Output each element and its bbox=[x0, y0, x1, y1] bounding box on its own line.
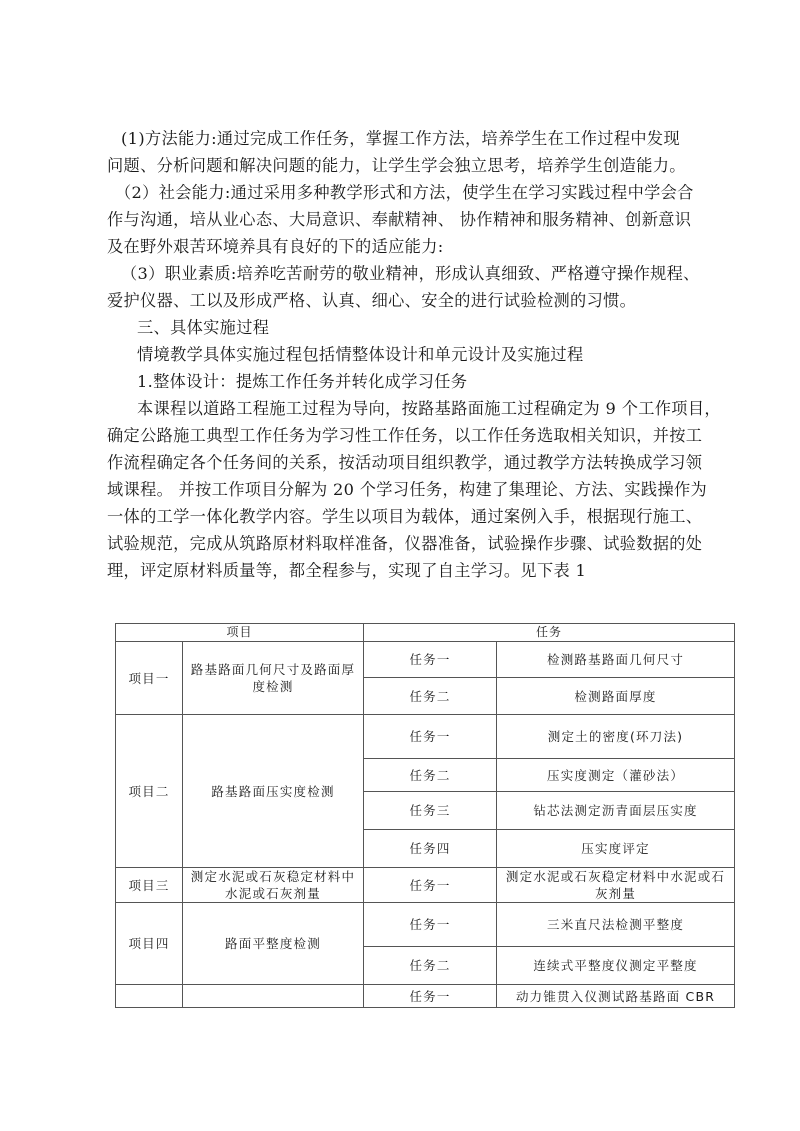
body-text: (1)方法能力:通过完成工作任务，掌握工作方法，培养学生在工作过程中发现 问题、… bbox=[107, 125, 697, 584]
table-row: 项目二 路基路面压实度检测 任务一 测定土的密度(环刀法) bbox=[116, 715, 735, 759]
paragraph-line: 理，评定原材料质量等，都全程参与，实现了自主学习。见下表 1 bbox=[107, 557, 697, 584]
task-no: 任务三 bbox=[364, 792, 497, 830]
paragraph-line: 作流程确定各个任务间的关系，按活动项目组织教学，通过教学方法转换成学习领 bbox=[107, 449, 697, 476]
section-heading: 三、具体实施过程 bbox=[107, 314, 697, 341]
task-no: 任务一 bbox=[364, 985, 497, 1008]
paragraph-course-design: 本课程以道路工程施工过程为导向，按路基路面施工过程确定为 9 个工作项目， bbox=[107, 395, 697, 422]
project-name: 路面平整度检测 bbox=[183, 903, 364, 985]
task-name: 钻芯法测定沥青面层压实度 bbox=[497, 792, 735, 830]
paragraph-line: 试验规范，完成从筑路原材料取样准备，仪器准备，试验操作步骤、试验数据的处 bbox=[107, 530, 697, 557]
paragraph-line: 及在野外艰苦环境养具有良好的下的适应能力: bbox=[107, 233, 697, 260]
project-name: 测定水泥或石灰稳定材料中水泥或石灰剂量 bbox=[183, 868, 364, 903]
task-no: 任务二 bbox=[364, 678, 497, 715]
paragraph-line: 一体的工学一体化教学内容。学生以项目为载体，通过案例入手，根据现行施工、 bbox=[107, 503, 697, 530]
table-row: 项目四 路面平整度检测 任务一 三米直尺法检测平整度 bbox=[116, 903, 735, 947]
paragraph-line: 作与沟通，培从业心态、大局意识、奉献精神、 协作精神和服务精神、创新意识 bbox=[107, 206, 697, 233]
paragraph-social-ability: （2）社会能力:通过采用多种教学形式和方法，使学生在学习实践过程中学会合 bbox=[107, 179, 697, 206]
paragraph-professional-quality: （3）职业素质:培养吃苦耐劳的敬业精神，形成认真细致、严格遵守操作规程、 bbox=[107, 260, 697, 287]
project-name bbox=[183, 985, 364, 1008]
task-name: 检测路面厚度 bbox=[497, 678, 735, 715]
task-no: 任务二 bbox=[364, 947, 497, 985]
task-name: 连续式平整度仪测定平整度 bbox=[497, 947, 735, 985]
project-id bbox=[116, 985, 183, 1008]
header-task: 任务 bbox=[364, 624, 735, 642]
paragraph-line: 问题、分析问题和解决问题的能力，让学生学会独立思考，培养学生创造能力。 bbox=[107, 152, 697, 179]
task-name: 测定土的密度(环刀法) bbox=[497, 715, 735, 759]
project-task-table: 项目 任务 项目一 路基路面几何尺寸及路面厚度检测 任务一 检测路基路面几何尺寸… bbox=[115, 623, 735, 1008]
header-project: 项目 bbox=[116, 624, 364, 642]
paragraph-line: 爱护仪器、工以及形成严格、认真、细心、安全的进行试验检测的习惯。 bbox=[107, 287, 697, 314]
project-id: 项目三 bbox=[116, 868, 183, 903]
task-name: 三米直尺法检测平整度 bbox=[497, 903, 735, 947]
paragraph-method-ability: (1)方法能力:通过完成工作任务，掌握工作方法，培养学生在工作过程中发现 bbox=[107, 125, 697, 152]
project-id: 项目一 bbox=[116, 642, 183, 715]
task-name: 压实度评定 bbox=[497, 830, 735, 868]
subsection-heading: 1.整体设计：提炼工作任务并转化成学习任务 bbox=[107, 368, 697, 395]
task-no: 任务四 bbox=[364, 830, 497, 868]
paragraph-intro: 情境教学具体实施过程包括情整体设计和单元设计及实施过程 bbox=[107, 341, 697, 368]
task-no: 任务一 bbox=[364, 715, 497, 759]
task-no: 任务一 bbox=[364, 642, 497, 678]
table-row: 任务一 动力锥贯入仪测试路基路面 CBR bbox=[116, 985, 735, 1008]
task-no: 任务一 bbox=[364, 868, 497, 903]
project-name: 路基路面压实度检测 bbox=[183, 715, 364, 868]
project-id: 项目四 bbox=[116, 903, 183, 985]
table-row: 项目三 测定水泥或石灰稳定材料中水泥或石灰剂量 任务一 测定水泥或石灰稳定材料中… bbox=[116, 868, 735, 903]
project-name: 路基路面几何尺寸及路面厚度检测 bbox=[183, 642, 364, 715]
document-page: (1)方法能力:通过完成工作任务，掌握工作方法，培养学生在工作过程中发现 问题、… bbox=[0, 0, 800, 1131]
task-name: 检测路基路面几何尺寸 bbox=[497, 642, 735, 678]
task-no: 任务二 bbox=[364, 759, 497, 792]
paragraph-line: 确定公路施工典型工作任务为学习性工作任务，以工作任务选取相关知识，并按工 bbox=[107, 422, 697, 449]
table-row: 项目一 路基路面几何尺寸及路面厚度检测 任务一 检测路基路面几何尺寸 bbox=[116, 642, 735, 678]
task-name: 压实度测定（灌砂法） bbox=[497, 759, 735, 792]
task-no: 任务一 bbox=[364, 903, 497, 947]
paragraph-line: 域课程。 并按工作项目分解为 20 个学习任务，构建了集理论、方法、实践操作为 bbox=[107, 476, 697, 503]
project-id: 项目二 bbox=[116, 715, 183, 868]
task-name: 动力锥贯入仪测试路基路面 CBR bbox=[497, 985, 735, 1008]
table-header-row: 项目 任务 bbox=[116, 624, 735, 642]
task-name: 测定水泥或石灰稳定材料中水泥或石灰剂量 bbox=[497, 868, 735, 903]
